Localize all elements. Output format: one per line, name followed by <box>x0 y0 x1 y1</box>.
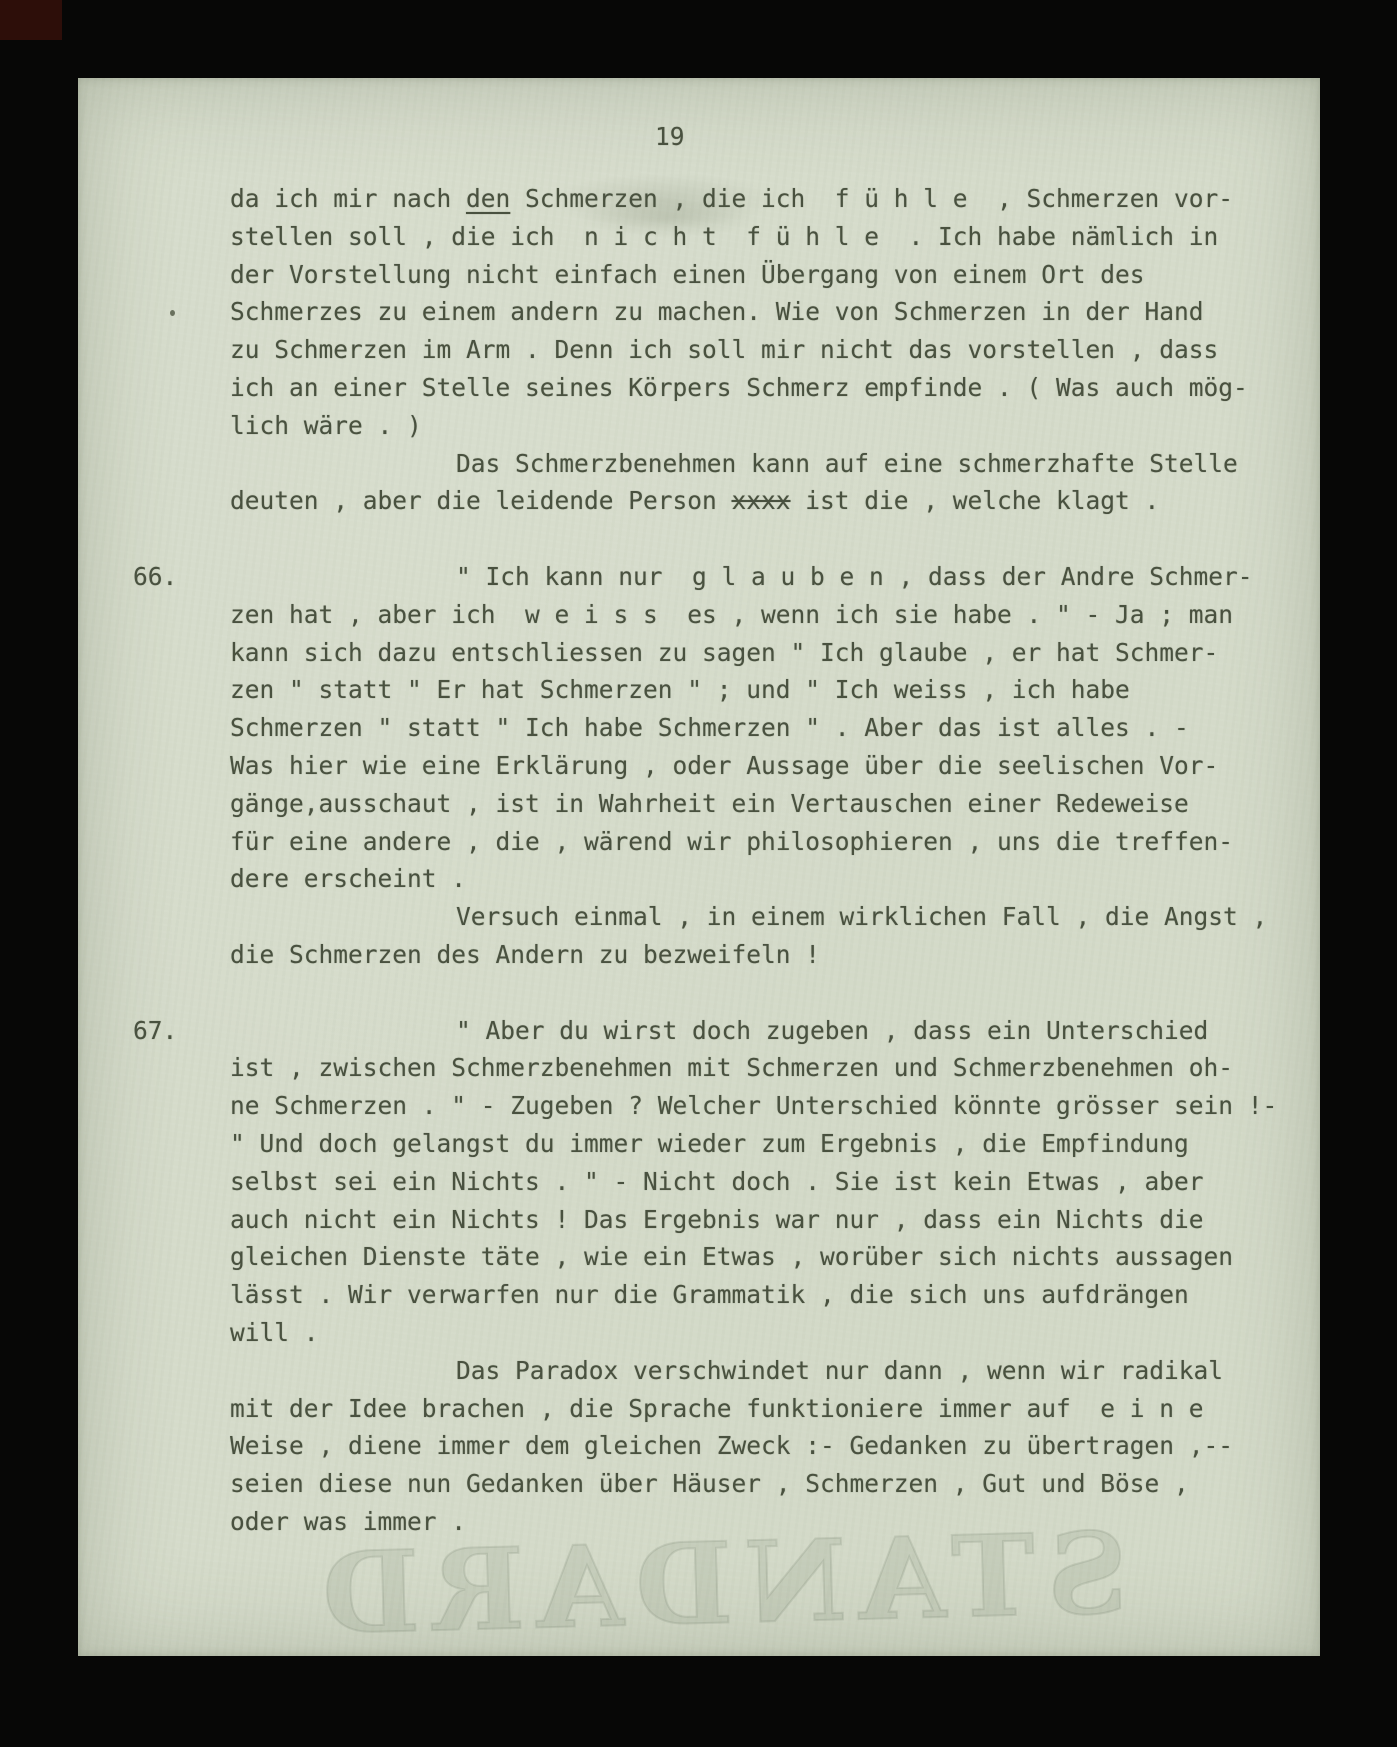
text-segment: Weise , diene immer dem gleichen Zweck :… <box>230 1431 1233 1460</box>
section-number: 67. <box>133 1012 177 1050</box>
text-segment: ich an einer Stelle seines Körpers Schme… <box>230 373 1248 402</box>
text-segment: Was hier wie eine Erklärung , oder Aussa… <box>230 751 1218 780</box>
text-segment: ist die , welche klagt . <box>791 486 1160 515</box>
text-line: da ich mir nach den Schmerzen , die ich … <box>230 180 1320 218</box>
text-segment: gänge,ausschaut , ist in Wahrheit ein Ve… <box>230 789 1189 818</box>
text-line: gleichen Dienste täte , wie ein Etwas , … <box>230 1238 1320 1276</box>
text-segment: zen hat , aber ich w e i s s es , wenn i… <box>230 600 1233 629</box>
text-segment: Das Paradox verschwindet nur dann , wenn… <box>456 1356 1223 1385</box>
text-line: " Und doch gelangst du immer wieder zum … <box>230 1125 1320 1163</box>
text-line: will . <box>230 1314 1320 1352</box>
text-line: Das Paradox verschwindet nur dann , wenn… <box>230 1352 1397 1390</box>
text-segment: Schmerzes zu einem andern zu machen. Wie… <box>230 297 1204 326</box>
text-line: ist , zwischen Schmerzbenehmen mit Schme… <box>230 1049 1320 1087</box>
text-segment: lich wäre . ) <box>230 411 422 440</box>
text-line: Was hier wie eine Erklärung , oder Aussa… <box>230 747 1320 785</box>
text-line: zu Schmerzen im Arm . Denn ich soll mir … <box>230 331 1320 369</box>
page-number: 19 <box>655 118 685 156</box>
text-segment: dere erscheint . <box>230 864 466 893</box>
document-page: 19 da ich mir nach den Schmerzen , die i… <box>78 78 1320 1656</box>
text-line: die Schmerzen des Andern zu bezweifeln ! <box>230 936 1320 974</box>
text-line: Versuch einmal , in einem wirklichen Fal… <box>230 898 1397 936</box>
text-line: zen " statt " Er hat Schmerzen " ; und "… <box>230 671 1320 709</box>
text-line: selbst sei ein Nichts . " - Nicht doch .… <box>230 1163 1320 1201</box>
text-segment: die Schmerzen des Andern zu bezweifeln ! <box>230 940 820 969</box>
text-line: 66." Ich kann nur g l a u b e n , dass d… <box>230 558 1397 596</box>
text-line: dere erscheint . <box>230 860 1320 898</box>
text-segment: auch nicht ein Nichts ! Das Ergebnis war… <box>230 1205 1204 1234</box>
text-segment: da ich mir nach <box>230 184 466 213</box>
text-segment: " Aber du wirst doch zugeben , dass ein … <box>456 1016 1208 1045</box>
text-segment: " Ich kann nur g l a u b e n , dass der … <box>456 562 1253 591</box>
text-line: auch nicht ein Nichts ! Das Ergebnis war… <box>230 1201 1320 1239</box>
text-line: seien diese nun Gedanken über Häuser , S… <box>230 1465 1320 1503</box>
text-line: ne Schmerzen . " - Zugeben ? Welcher Unt… <box>230 1087 1320 1125</box>
text-line: Schmerzen " statt " Ich habe Schmerzen "… <box>230 709 1320 747</box>
text-segment: zu Schmerzen im Arm . Denn ich soll mir … <box>230 335 1218 364</box>
text-segment: Das Schmerzbenehmen kann auf eine schmer… <box>456 449 1238 478</box>
text-line: stellen soll , die ich n i c h t f ü h l… <box>230 218 1320 256</box>
text-line: kann sich dazu entschliessen zu sagen " … <box>230 634 1320 672</box>
struck-out-word: xxxx <box>732 486 791 515</box>
red-corner-mark <box>0 0 62 40</box>
text-line: Weise , diene immer dem gleichen Zweck :… <box>230 1427 1320 1465</box>
text-line: der Vorstellung nicht einfach einen Über… <box>230 256 1320 294</box>
underlined-word: den <box>466 184 510 213</box>
text-segment: für eine andere , die , wärend wir philo… <box>230 827 1233 856</box>
text-segment: " Und doch gelangst du immer wieder zum … <box>230 1129 1189 1158</box>
text-line: Das Schmerzbenehmen kann auf eine schmer… <box>230 445 1397 483</box>
text-segment: ist , zwischen Schmerzbenehmen mit Schme… <box>230 1053 1233 1082</box>
text-segment: selbst sei ein Nichts . " - Nicht doch .… <box>230 1167 1204 1196</box>
text-segment: will . <box>230 1318 319 1347</box>
margin-dot <box>170 310 175 316</box>
text-line: deuten , aber die leidende Person xxxx i… <box>230 482 1320 520</box>
text-segment: Versuch einmal , in einem wirklichen Fal… <box>456 902 1267 931</box>
scan-background: 19 da ich mir nach den Schmerzen , die i… <box>0 0 1397 1747</box>
text-segment: gleichen Dienste täte , wie ein Etwas , … <box>230 1242 1233 1271</box>
text-line: zen hat , aber ich w e i s s es , wenn i… <box>230 596 1320 634</box>
text-segment: zen " statt " Er hat Schmerzen " ; und "… <box>230 675 1130 704</box>
text-line: gänge,ausschaut , ist in Wahrheit ein Ve… <box>230 785 1320 823</box>
section-number: 66. <box>133 558 177 596</box>
text-segment: ne Schmerzen . " - Zugeben ? Welcher Unt… <box>230 1091 1277 1120</box>
text-line: 67." Aber du wirst doch zugeben , dass e… <box>230 1012 1397 1050</box>
text-segment: mit der Idee brachen , die Sprache funkt… <box>230 1394 1204 1423</box>
text-segment: der Vorstellung nicht einfach einen Über… <box>230 260 1145 289</box>
text-segment: stellen soll , die ich n i c h t f ü h l… <box>230 222 1218 251</box>
text-line: lässt . Wir verwarfen nur die Grammatik … <box>230 1276 1320 1314</box>
text-line: lich wäre . ) <box>230 407 1320 445</box>
text-line: mit der Idee brachen , die Sprache funkt… <box>230 1390 1320 1428</box>
text-segment: lässt . Wir verwarfen nur die Grammatik … <box>230 1280 1189 1309</box>
text-segment: seien diese nun Gedanken über Häuser , S… <box>230 1469 1189 1498</box>
text-segment: Schmerzen , die ich f ü h l e , Schmerze… <box>510 184 1233 213</box>
show-through-watermark: STANDARD <box>207 1518 1130 1654</box>
text-line: Schmerzes zu einem andern zu machen. Wie… <box>230 293 1320 331</box>
text-segment: kann sich dazu entschliessen zu sagen " … <box>230 638 1218 667</box>
text-line: ich an einer Stelle seines Körpers Schme… <box>230 369 1320 407</box>
text-line: für eine andere , die , wärend wir philo… <box>230 823 1320 861</box>
text-segment: deuten , aber die leidende Person <box>230 486 732 515</box>
text-segment: Schmerzen " statt " Ich habe Schmerzen "… <box>230 713 1189 742</box>
